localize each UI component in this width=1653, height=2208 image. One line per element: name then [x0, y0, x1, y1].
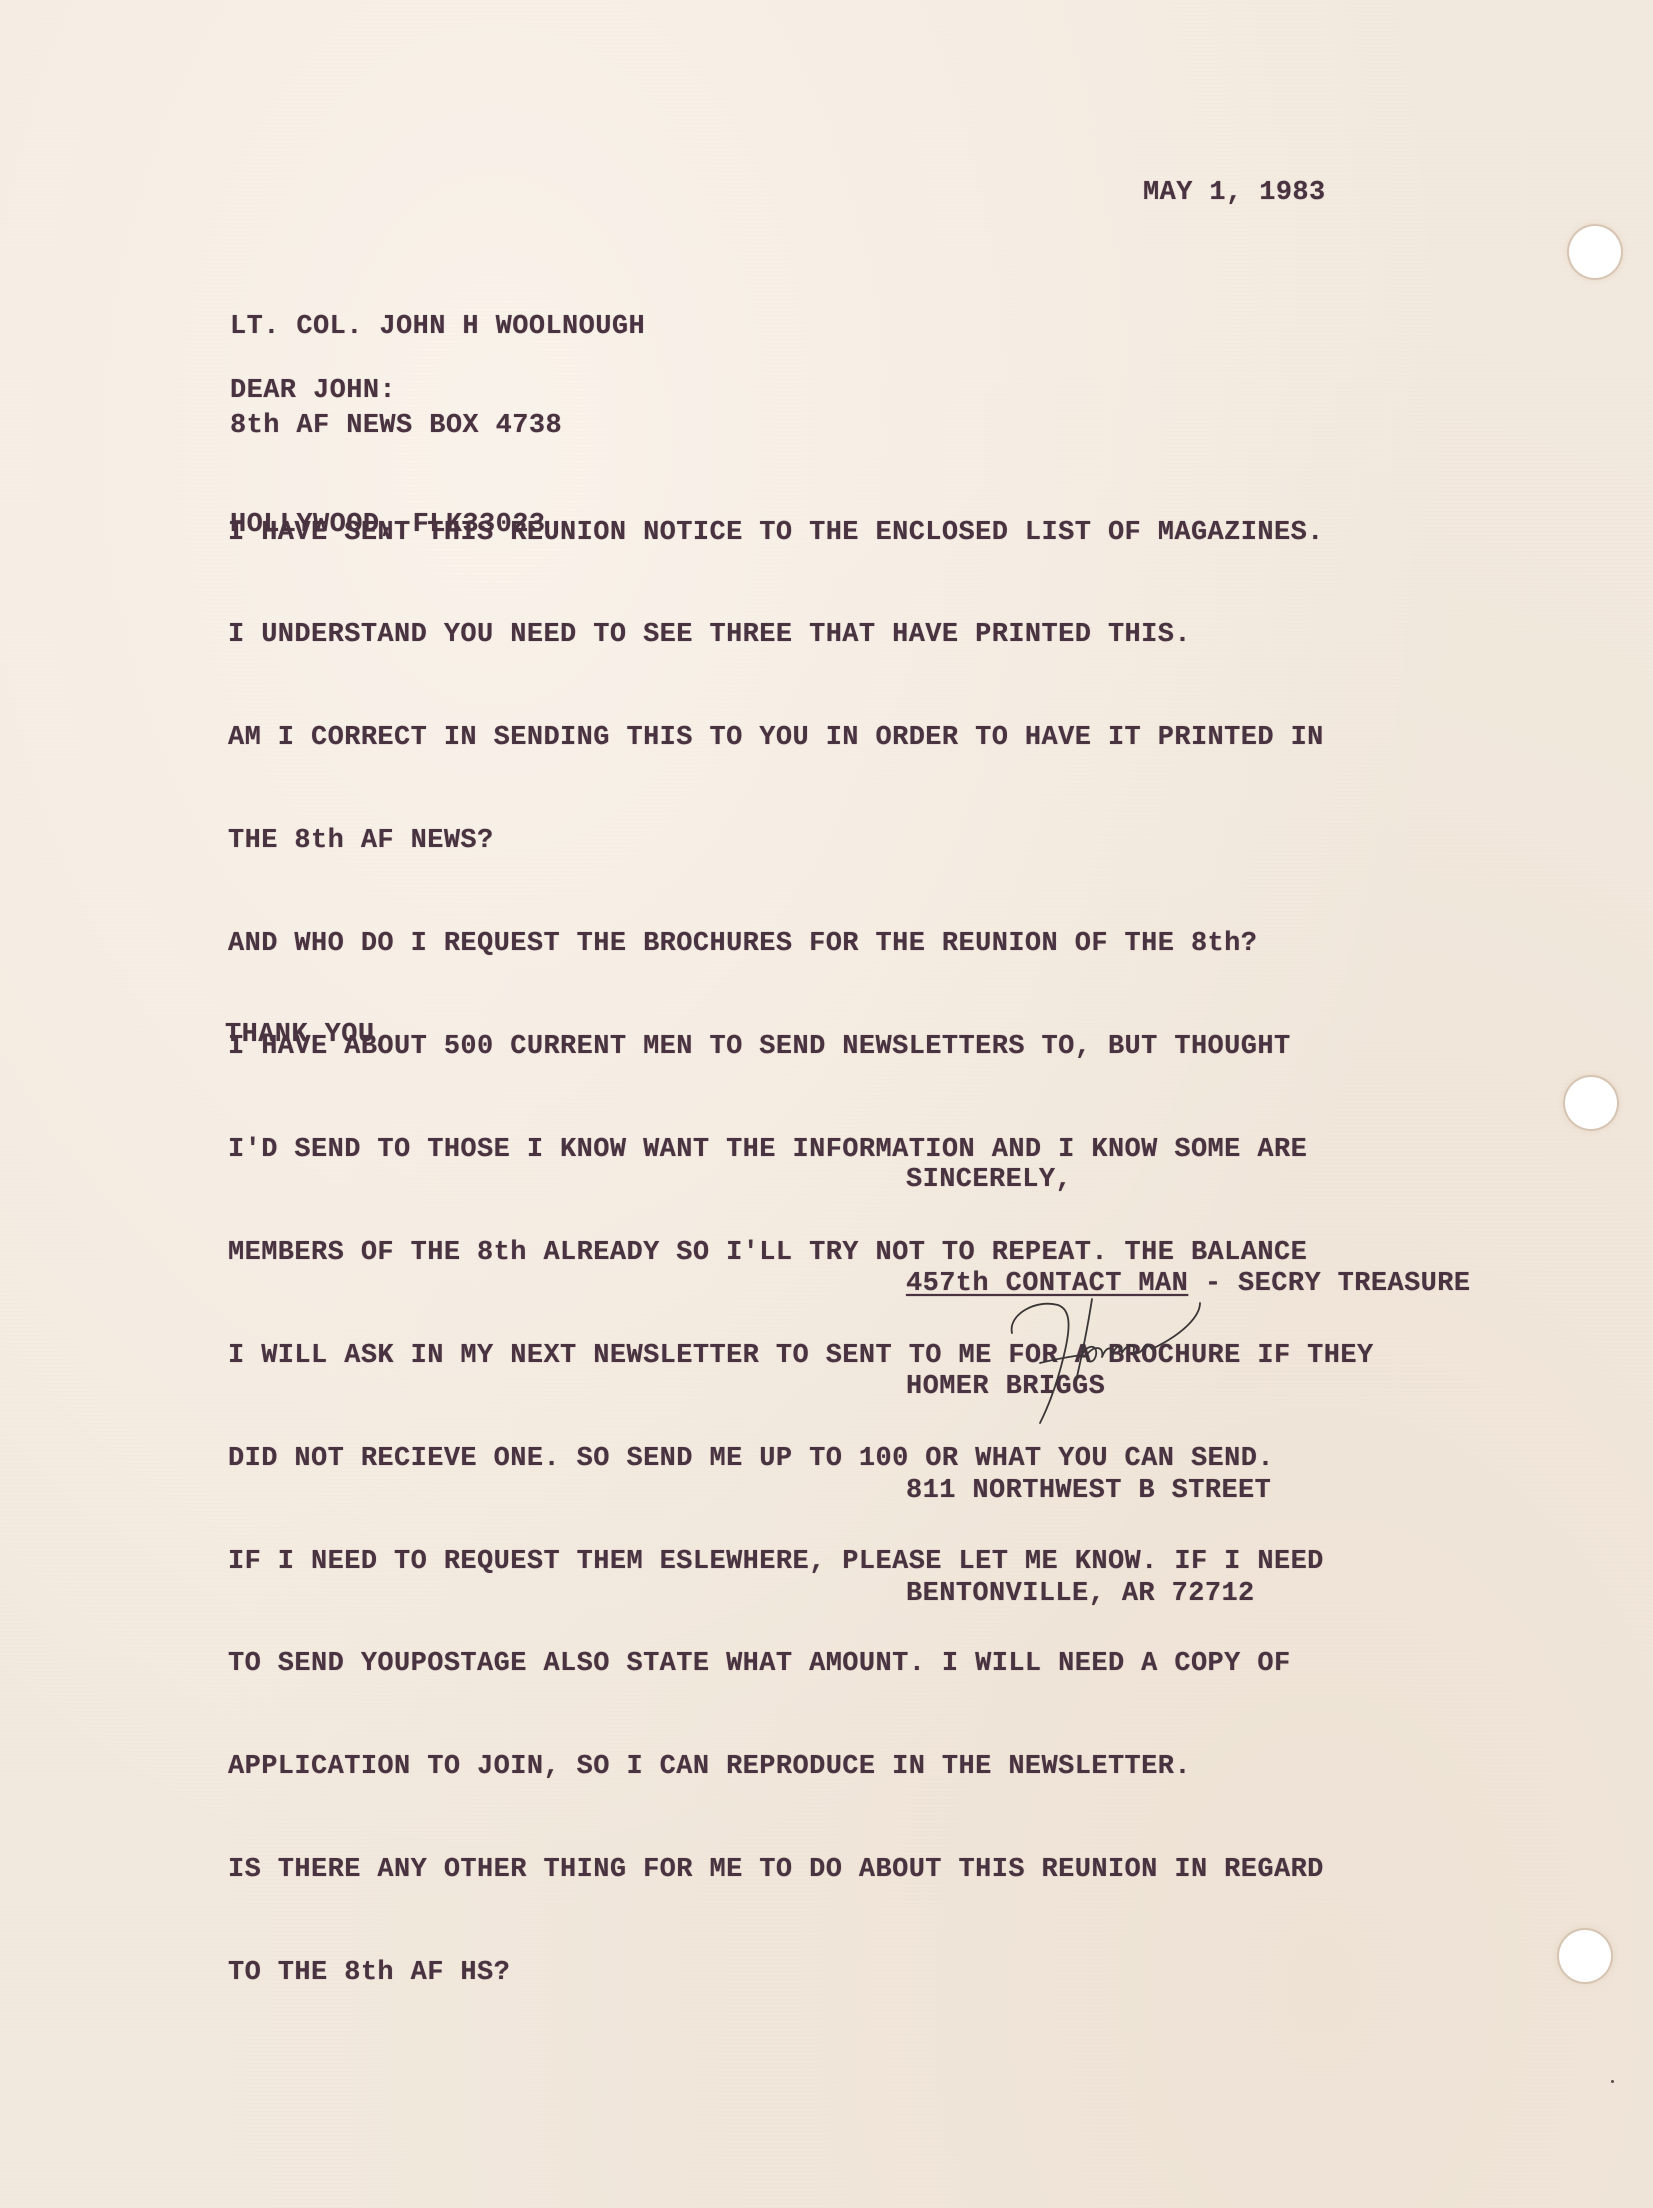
body-line: I HAVE ABOUT 500 CURRENT MEN TO SEND NEW… — [228, 1030, 1374, 1064]
binder-hole — [1559, 1930, 1611, 1982]
body-line: IS THERE ANY OTHER THING FOR ME TO DO AB… — [228, 1853, 1374, 1887]
body-line: AM I CORRECT IN SENDING THIS TO YOU IN O… — [228, 721, 1374, 755]
body-line: I HAVE SENT THIS REUNION NOTICE TO THE E… — [228, 516, 1374, 550]
letter-date: MAY 1, 1983 — [1143, 178, 1326, 208]
binder-hole — [1569, 226, 1621, 278]
recipient-address-line: 8th AF NEWS BOX 4738 — [230, 410, 645, 443]
sender-city: BENTONVILLE, AR 72712 — [906, 1577, 1471, 1612]
body-line: TO THE 8th AF HS? — [228, 1956, 1374, 1990]
sender-title-rest: - SECRY TREASURE — [1188, 1269, 1470, 1299]
paper-speck — [1611, 2080, 1614, 2083]
binder-hole — [1565, 1077, 1617, 1129]
handwritten-signature — [1000, 1285, 1220, 1435]
body-line: THE 8th AF NEWS? — [228, 824, 1374, 858]
body-line: I UNDERSTAND YOU NEED TO SEE THREE THAT … — [228, 618, 1374, 652]
letter-page: MAY 1, 1983 LT. COL. JOHN H WOOLNOUGH 8t… — [0, 0, 1653, 2208]
closing: THANK YOU, — [225, 1020, 391, 1050]
recipient-name: LT. COL. JOHN H WOOLNOUGH — [230, 311, 645, 344]
salutation: DEAR JOHN: — [230, 376, 396, 406]
body-line: AND WHO DO I REQUEST THE BROCHURES FOR T… — [228, 927, 1374, 961]
body-line: APPLICATION TO JOIN, SO I CAN REPRODUCE … — [228, 1750, 1374, 1784]
sender-street: 811 NORTHWEST B STREET — [906, 1474, 1471, 1509]
valediction: SINCERELY, — [906, 1163, 1471, 1198]
